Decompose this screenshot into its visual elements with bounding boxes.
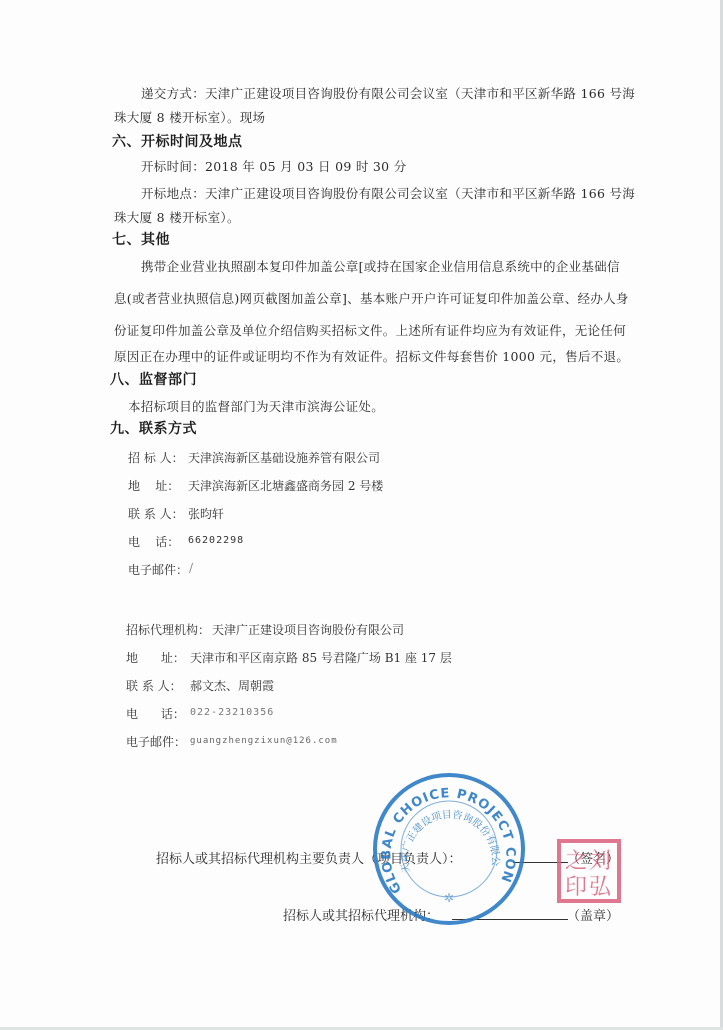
org-seal-suffix: （盖章） bbox=[567, 905, 619, 924]
agency-address-value: 天津市和平区南京路 85 号君隆广场 B1 座 17 层 bbox=[190, 649, 452, 666]
agency-contact-label: 联 系 人： bbox=[126, 677, 182, 694]
tenderer-address-value: 天津滨海新区北塘鑫盛商务园 2 号楼 bbox=[188, 477, 383, 494]
personal-seal-icon: 刘 弘 之 印 bbox=[556, 838, 622, 904]
supervision-text: 本招标项目的监督部门为天津市滨海公证处。 bbox=[128, 397, 384, 415]
agency-address-label: 地 址： bbox=[126, 649, 185, 666]
tenderer-phone-label: 电 话： bbox=[128, 533, 179, 550]
tenderer-label: 招 标 人： bbox=[128, 449, 184, 466]
agency-label: 招标代理机构： bbox=[126, 621, 210, 638]
tenderer-email-value: / bbox=[189, 561, 193, 575]
agency-email-value: guangzhengzixun@126.com bbox=[190, 736, 338, 746]
submission-line-1: 递交方式：天津广正建设项目咨询股份有限公司会议室（天津市和平区新华路 166 号… bbox=[141, 84, 635, 102]
svg-text:刘: 刘 bbox=[589, 849, 611, 874]
section-6-title: 六、开标时间及地点 bbox=[112, 131, 243, 151]
opening-place-line-1: 开标地点：天津广正建设项目咨询股份有限公司会议室（天津市和平区新华路 166 号… bbox=[141, 184, 635, 202]
section-7-title: 七、其他 bbox=[112, 229, 170, 249]
agency-email-label: 电子邮件： bbox=[126, 733, 186, 750]
agency-phone-label: 电 话： bbox=[126, 705, 185, 722]
tenderer-contact-value: 张昀轩 bbox=[188, 505, 224, 522]
section-9-title: 九、联系方式 bbox=[110, 418, 197, 438]
other-line-1: 携带企业营业执照副本复印件加盖公章[或持在国家企业信用信息系统中的企业基础信 bbox=[141, 257, 620, 275]
tenderer-value: 天津滨海新区基础设施养管有限公司 bbox=[188, 449, 380, 466]
svg-text:印: 印 bbox=[565, 875, 587, 900]
agency-phone-value: 022-23210356 bbox=[190, 707, 274, 718]
tenderer-phone-value: 66202298 bbox=[188, 535, 244, 546]
company-seal-icon: GLOBAL CHOICE PROJECT CONSULTING INC. 天津… bbox=[372, 772, 527, 927]
tenderer-contact-label: 联 系 人： bbox=[128, 505, 184, 522]
agency-value: 天津广正建设项目咨询股份有限公司 bbox=[212, 621, 404, 638]
other-line-2: 息(或者营业执照信息)网页截图加盖公章]、基本账户开户许可证复印件加盖公章、经办… bbox=[114, 289, 629, 307]
opening-place-line-2: 珠大厦 8 楼开标室）。 bbox=[114, 208, 240, 226]
agency-contact-value: 郝文杰、周朝霞 bbox=[190, 677, 274, 694]
submission-line-2: 珠大厦 8 楼开标室）。现场 bbox=[114, 108, 265, 126]
other-line-4: 原因正在办理中的证件或证明均不作为有效证件。招标文件每套售价 1000 元，售后… bbox=[114, 347, 629, 365]
svg-text:之: 之 bbox=[565, 849, 587, 874]
svg-text:弘: 弘 bbox=[589, 875, 612, 900]
tenderer-email-label: 电子邮件： bbox=[128, 561, 188, 578]
tenderer-address-label: 地 址： bbox=[128, 477, 179, 494]
other-line-3: 份证复印件加盖公章及单位介绍信购买招标文件。上述所有证件均应为有效证件，无论任何 bbox=[114, 321, 626, 339]
svg-text:✲: ✲ bbox=[444, 891, 454, 905]
opening-time: 开标时间：2018 年 05 月 03 日 09 时 30 分 bbox=[141, 157, 407, 175]
section-8-title: 八、监督部门 bbox=[110, 369, 197, 389]
